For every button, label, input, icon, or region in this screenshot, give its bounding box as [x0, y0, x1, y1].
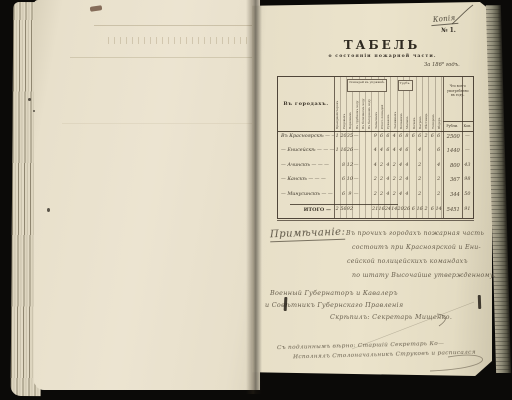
group-header-horses: Лошадей въ упряжкѣ. — [347, 79, 387, 92]
ink-spot — [47, 208, 50, 212]
city-cell: — Ачинскѣ — — — — [278, 160, 334, 174]
kopecks-cell: 98 — [462, 174, 473, 188]
kopecks-cell: — — [462, 145, 473, 159]
rubles-cell: 1440 — [442, 145, 462, 159]
rubles-subheader: Рубли. — [443, 122, 463, 131]
ink-stroke — [478, 295, 481, 309]
note-line: по штату Высочайше утвержденному. — [352, 272, 496, 279]
money-header-line: въ годъ. — [443, 93, 474, 98]
note-line: сейской полицейскихъ командахъ — [347, 258, 468, 265]
table-total-row: ИТОГО — 256922116241420266162614 545191 — [278, 204, 473, 219]
city-cell: — Канскѣ — — — — [278, 174, 334, 188]
table-row: — Минусинскѣ — — — 69—22424422 34450 — [278, 189, 473, 203]
signature-line: Скрѣпилъ: Секретарь Мищенко. — [330, 313, 452, 321]
document-number: № 1. — [441, 27, 456, 34]
column-label: Запасныхъ — [373, 91, 379, 129]
left-blank-page — [34, 0, 260, 390]
kopecks-cell: — — [462, 131, 473, 145]
table-row: — Енисейскѣ — — — 11626—44644646 1440— — [278, 145, 473, 159]
note-line: Въ прочихъ городахъ пожарная часть — [346, 230, 484, 237]
rubles-cell: 2500 — [442, 131, 462, 145]
kopecks-cell: 91 — [462, 204, 473, 219]
column-label: Въ багорномъ ходу — [366, 91, 372, 129]
note-heading: Примѣчаніе: — [270, 227, 346, 243]
rubles-cell: 800 — [442, 160, 462, 174]
column-label: Въ трубномъ ходу — [354, 91, 360, 129]
group-header-pumps: Трубъ. — [398, 80, 413, 91]
money-subheader: Рубли. Коп. — [443, 122, 474, 131]
city-cell: — Енисейскѣ — — — — [278, 145, 334, 159]
column-label: Брандмейстеровъ — [334, 81, 340, 129]
document-title: ТАБЕЛЬ — [322, 38, 442, 52]
table-bottom-rule — [277, 220, 474, 221]
rubles-cell: 344 — [442, 189, 462, 203]
rubles-cell: 5451 — [442, 204, 462, 219]
note-line: состоитъ при Красноярской и Ени- — [352, 244, 481, 251]
year-line: За 186⁸ годъ. — [424, 62, 469, 68]
fire-brigade-table: Въ городахъ. Лошадей въ упряжкѣ. Трубъ. … — [277, 76, 474, 219]
document-subtitle: о состояніи пожарной части. — [315, 54, 450, 59]
column-label: Малыхъ — [404, 91, 410, 129]
column-label: Верховыхъ — [347, 91, 353, 129]
kopecks-subheader: Коп. — [462, 122, 473, 131]
table-row: — Ачинскѣ — — — 812—42424424 80043 — [278, 160, 473, 174]
table-row: — Канскѣ — — — 610—22422422 36798 — [278, 174, 473, 188]
book-scan: Копія № 1. ТАБЕЛЬ о состояніи пожарной ч… — [0, 0, 512, 400]
table-row: Въ Красноярскѣ — — — 12035—96646866266 2… — [278, 131, 473, 145]
city-column-header: Въ городахъ. — [278, 77, 334, 131]
total-label: ИТОГО — — [278, 204, 334, 219]
column-label: Вѣдеръ — [436, 81, 442, 129]
money-column-header: Что всего употреблено въ годъ. — [443, 84, 474, 98]
bleed-through-ticks — [108, 37, 252, 44]
kopecks-cell: 50 — [462, 189, 473, 203]
rubles-cell: 367 — [442, 174, 462, 188]
column-label: Лѣстницъ — [423, 81, 429, 129]
kopecks-cell: 43 — [462, 160, 473, 174]
book-spine-shadow — [246, 0, 262, 394]
city-cell: Въ Красноярскѣ — — — — [278, 131, 334, 145]
city-cell: — Минусинскѣ — — — — [278, 189, 334, 203]
ink-spot — [33, 110, 35, 112]
signature-line: Военный Губернаторъ и Кавалеръ — [270, 289, 398, 297]
ink-spot — [28, 98, 31, 101]
